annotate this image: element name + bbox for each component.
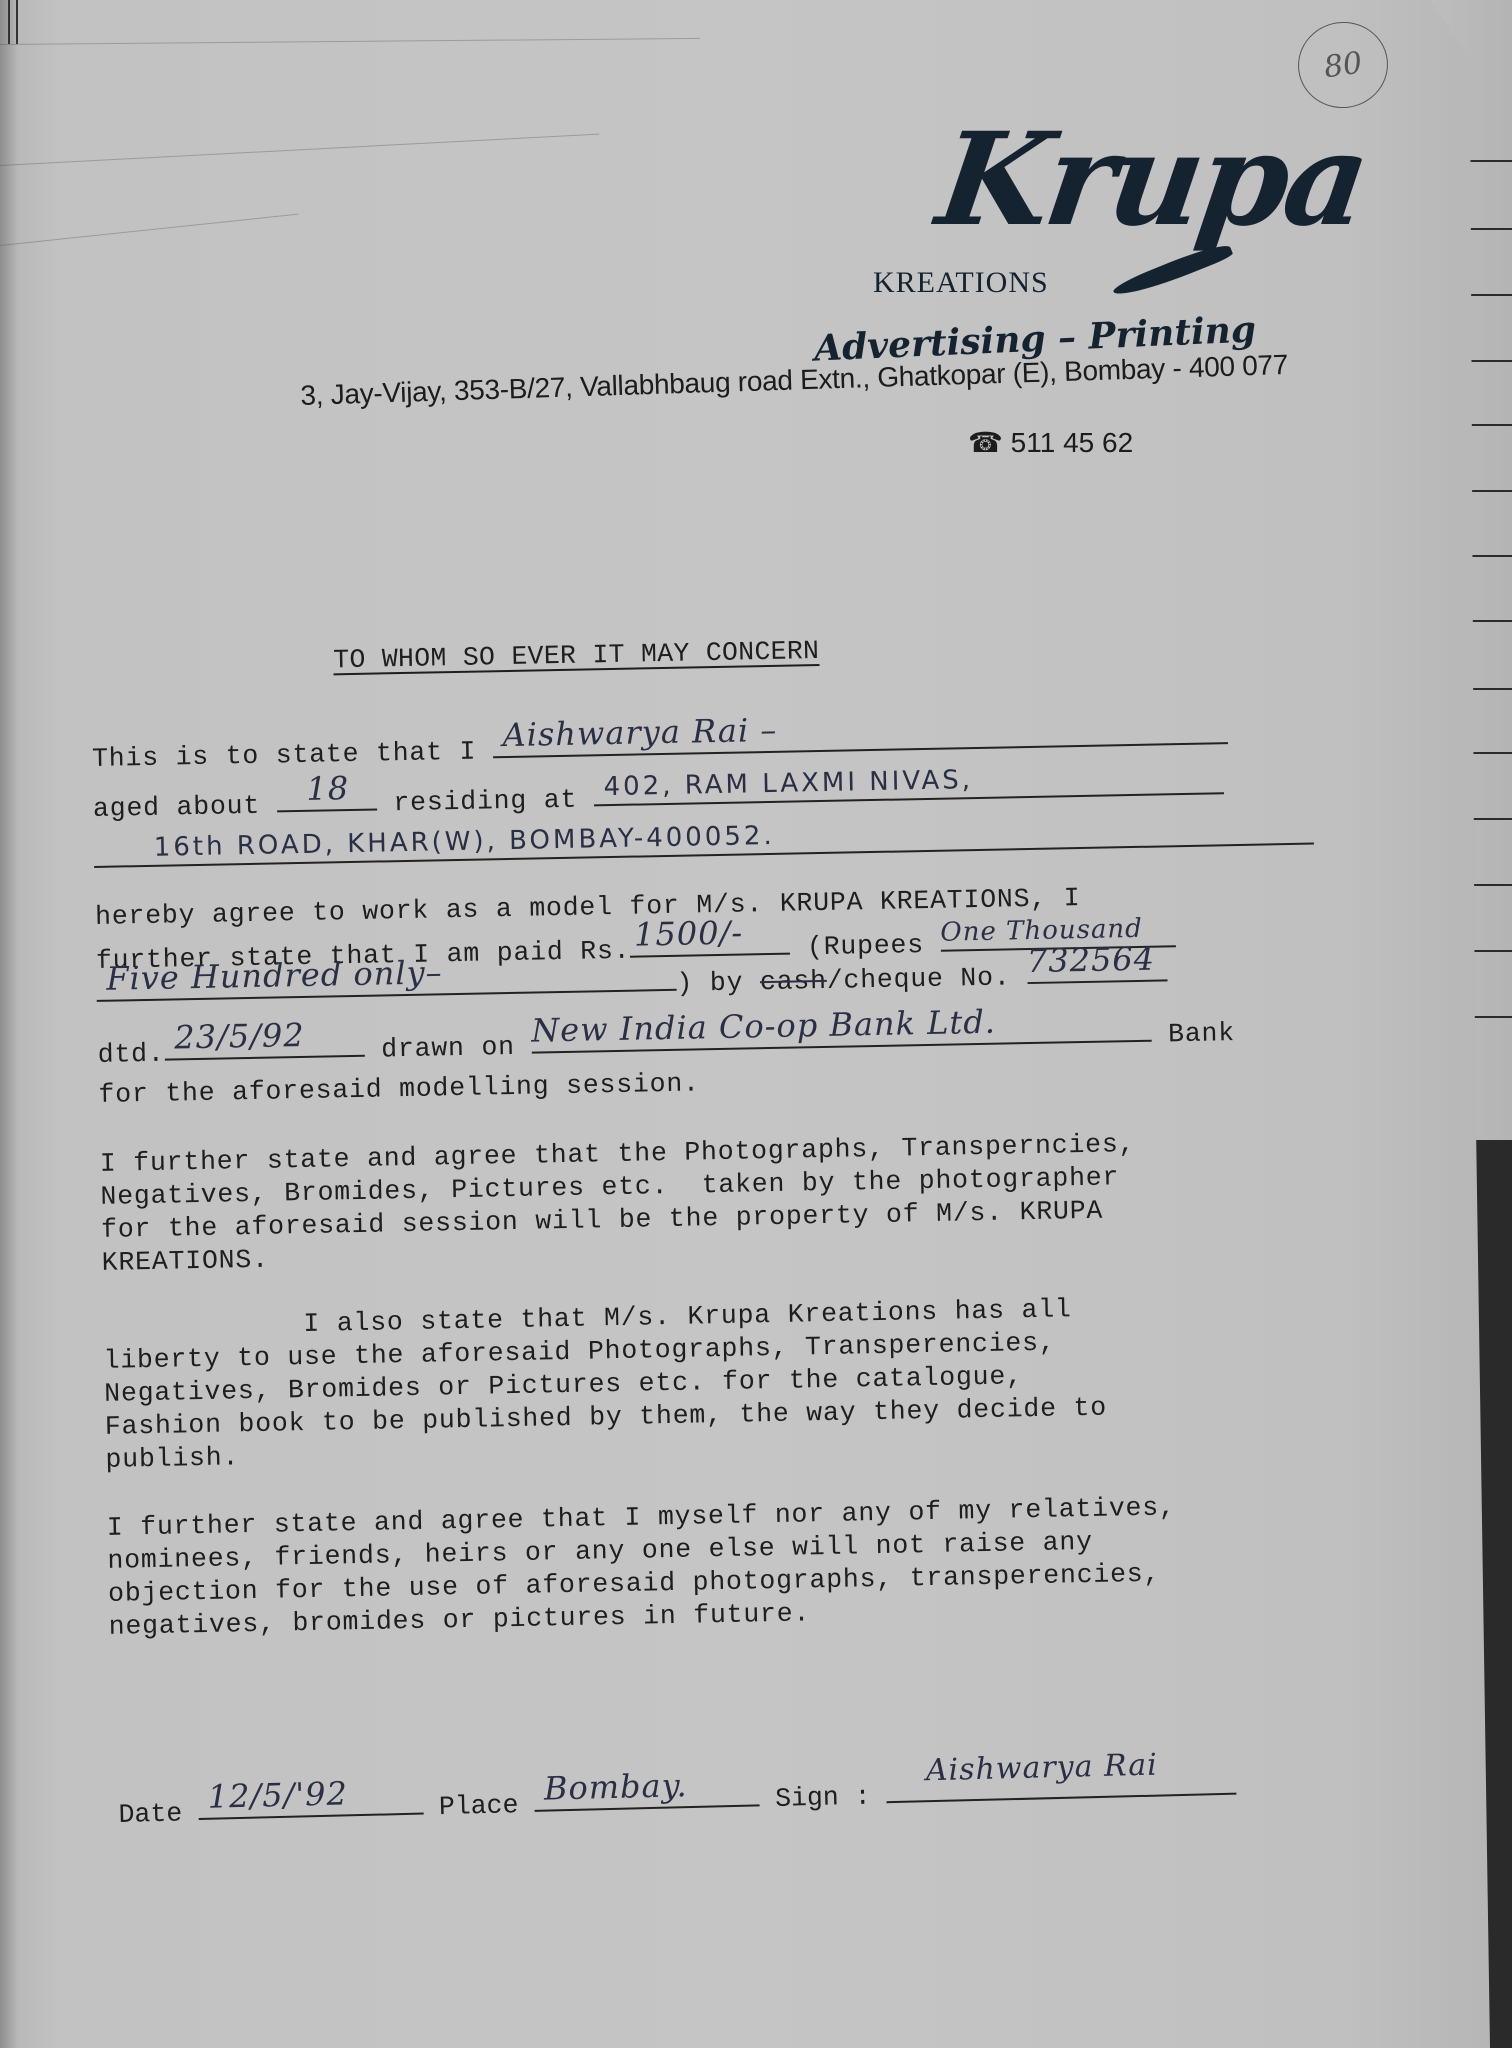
page-edge-line [1470,818,1512,820]
label-residing: residing at [376,784,594,818]
address-value-1: 402, RAM LAXMI NIVAS, [603,765,973,802]
label-state: This is to state that I [92,736,493,774]
binding-line [8,0,10,44]
name-value: Aishwarya Rai – [502,711,777,754]
place-value: Bombay. [543,1766,688,1807]
page-edge-line [1470,688,1512,690]
form-line-age: aged about 18 residing at 402, RAM LAXMI… [93,762,1224,824]
label-cash-struck: cash [760,966,827,997]
paper-crease [0,134,599,166]
page-edge-line [1470,294,1512,296]
page-edge-line [1470,1016,1512,1018]
address-value-2: 16th ROAD, KHAR(W), BOMBAY-400052. [154,821,775,863]
telephone-icon: ☎ [968,427,1003,458]
name-field[interactable]: Aishwarya Rai – [492,712,1227,758]
form-line-bank: dtd.23/5/92 drawn on New India Co-op Ban… [97,1008,1235,1070]
label-cheque: /cheque No. [827,962,1028,996]
page-edge-line [1470,490,1512,492]
cheque-date-field[interactable]: 23/5/92 [164,1025,365,1061]
cheque-date-value: 23/5/92 [174,1016,305,1056]
paragraph-property: I further state and agree that the Photo… [100,1128,1138,1280]
paragraph-no-objection: I further state and agree that I myself … [107,1491,1178,1643]
amount-value: 1500/- [634,914,744,954]
form-line-address2: 16th ROAD, KHAR(W), BOMBAY-400052. [94,813,1315,876]
amount-words-field-2[interactable]: Five Hundred only– [96,959,677,1002]
age-field[interactable]: 18 [276,779,377,813]
bank-name-value: New India Co-op Bank Ltd. [531,1003,996,1050]
address-field-1[interactable]: 402, RAM LAXMI NIVAS, [593,762,1223,806]
date-field[interactable]: 12/5/'92 [197,1783,423,1820]
page-edge-line [1470,160,1512,162]
form-line-session: for the aforesaid modelling session. [98,1068,700,1110]
label-date: Date [118,1798,198,1830]
page-edge-line [1470,555,1512,557]
bank-name-field[interactable]: New India Co-op Bank Ltd. [531,1010,1152,1054]
signature-block: Date 12/5/'92 Place Bombay. Sign : Aishw… [118,1758,1419,1830]
paper-crease [0,214,298,246]
brand-logo: Krupa [929,105,1374,255]
page-edge-line [1470,620,1512,622]
label-dated: dtd. [97,1039,164,1070]
label-drawn: drawn on [364,1032,532,1065]
page-edge-line [1470,424,1512,426]
amount-words-value-2: Five Hundred only– [106,953,443,997]
paragraph-liberty: I also state that M/s. Krupa Kreations h… [103,1293,1108,1477]
label-age: aged about [93,790,277,824]
page-edge-line [1470,752,1512,754]
cheque-number-field[interactable]: 732564 [1027,949,1168,984]
page-edge-line [1470,360,1512,362]
amount-field[interactable]: 1500/- [630,923,791,958]
binding-line [16,0,18,44]
page-edge-line [1470,228,1512,230]
declaration-form: TO WHOM SO EVER IT MAY CONCERN This is t… [90,624,1430,650]
age-value: 18 [306,769,349,808]
phone-number: 511 45 62 [1011,427,1134,458]
company-address: 3, Jay-Vijay, 353-B/27, Vallabhbaug road… [300,349,1289,412]
label-place: Place [423,1790,535,1823]
company-phone: ☎ 511 45 62 [968,426,1133,459]
date-value: 12/5/'92 [207,1774,348,1815]
label-by: ) by [676,967,760,999]
document-title: TO WHOM SO EVER IT MAY CONCERN [333,636,820,675]
label-bank: Bank [1151,1018,1235,1050]
brand-subtitle: KREATIONS [873,266,1049,300]
cheque-number-value: 732564 [1027,940,1156,980]
signature-field[interactable]: Aishwarya Rai [886,1763,1237,1804]
paper-crease [0,38,700,45]
place-field[interactable]: Bombay. [534,1774,760,1811]
page-number: 80 [1292,16,1393,114]
document-page: 80 Krupa KREATIONS Advertising – Printin… [0,0,1490,2048]
signature-value: Aishwarya Rai [925,1748,1158,1789]
address-field-2[interactable]: 16th ROAD, KHAR(W), BOMBAY-400052. [94,813,1314,868]
label-sign: Sign : [759,1781,887,1814]
page-edge-line [1470,950,1512,952]
page-edge-line [1470,884,1512,886]
